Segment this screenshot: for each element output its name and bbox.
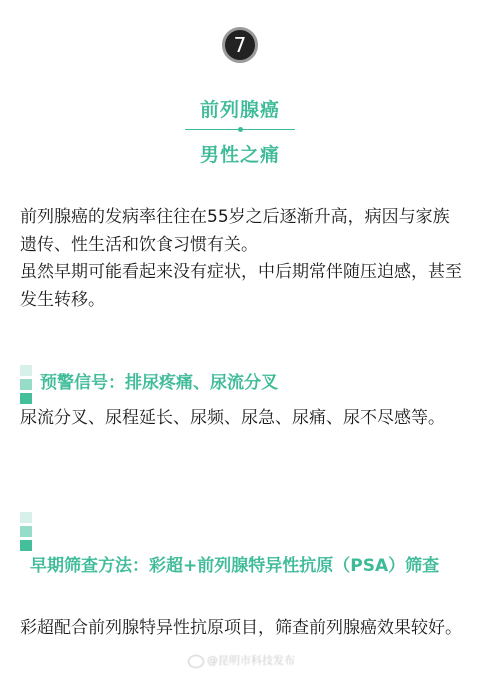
screening-body: 彩超配合前列腺特异性抗原项目，筛查前列腺癌效果较好。 [20,614,465,642]
symptoms-paragraph: 虽然早期可能看起来没有症状，中后期常伴随压迫感，甚至发生转移。 [20,258,465,314]
weibo-icon [188,655,204,668]
warning-signs-body: 尿流分叉、尿程延长、尿频、尿急、尿痛、尿不尽感等。 [20,404,465,432]
divider-dot [238,127,243,132]
screening-heading: 早期筛查方法：彩超+前列腺特异性抗原（PSA）筛查 [30,553,470,579]
section-subtitle: 男性之痛 [0,140,480,167]
heading-marker-icon [20,365,32,407]
warning-signs-heading: 预警信号：排尿疼痛、尿流分叉 [40,370,278,396]
intro-paragraph: 前列腺癌的发病率往往在55岁之后逐渐升高，病因与家族遗传、性生活和饮食习惯有关。 [20,203,465,259]
watermark: @昆明市科技发布 [188,652,295,668]
watermark-text: @昆明市科技发布 [207,654,295,667]
heading-marker-icon [20,512,32,554]
section-number-badge: 7 [222,27,258,63]
section-title: 前列腺癌 [0,95,480,122]
